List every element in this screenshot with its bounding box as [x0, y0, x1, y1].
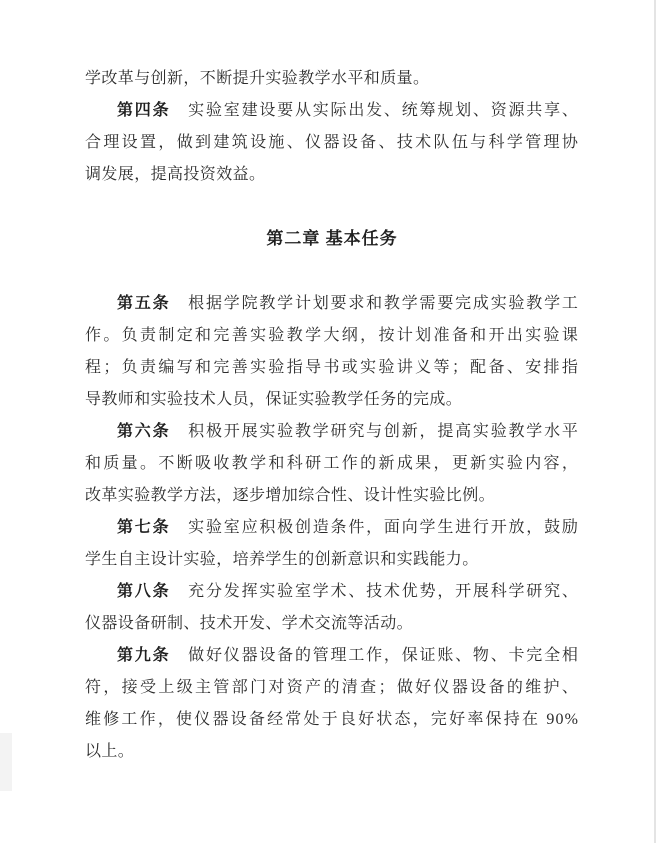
document-page: 学改革与创新，不断提升实验教学水平和质量。 第四条 实验室建设要从实际出发、统筹… — [0, 0, 659, 843]
line-text: 合理设置，做到建筑设施、仪器设备、技术队伍与科学管理协 — [85, 134, 579, 151]
scan-edge-line — [654, 0, 656, 843]
article-number: 第五条 — [117, 295, 170, 312]
text-line: 第五条 根据学院教学计划要求和教学需要完成实验教学工 — [85, 288, 579, 320]
line-text: 做好仪器设备的管理工作，保证账、物、卡完全相 — [170, 647, 579, 664]
line-text: 维修工作，使仪器设备经常处于良好状态，完好率保持在 90% — [85, 711, 579, 728]
text-line: 导教师和实验技术人员，保证实验教学任务的完成。 — [85, 384, 579, 416]
text-line: 学生自主设计实验，培养学生的创新意识和实践能力。 — [85, 544, 579, 576]
text-line: 第八条 充分发挥实验室学术、技术优势，开展科学研究、 — [85, 576, 579, 608]
text-line: 合理设置，做到建筑设施、仪器设备、技术队伍与科学管理协 — [85, 127, 579, 159]
text-line: 程；负责编写和完善实验指导书或实验讲义等；配备、安排指 — [85, 352, 579, 384]
line-text: 程；负责编写和完善实验指导书或实验讲义等；配备、安排指 — [85, 359, 579, 376]
document-text-block: 学改革与创新，不断提升实验教学水平和质量。 第四条 实验室建设要从实际出发、统筹… — [85, 0, 579, 768]
text-line: 改革实验教学方法，逐步增加综合性、设计性实验比例。 — [85, 480, 579, 512]
line-text: 根据学院教学计划要求和教学需要完成实验教学工 — [170, 295, 579, 312]
line-text: 仪器设备研制、技术开发、学术交流等活动。 — [85, 615, 413, 632]
line-text: 改革实验教学方法，逐步增加综合性、设计性实验比例。 — [85, 487, 495, 504]
line-text: 积极开展实验教学研究与创新，提高实验教学水平 — [170, 423, 579, 440]
text-line: 仪器设备研制、技术开发、学术交流等活动。 — [85, 608, 579, 640]
text-line: 第九条 做好仪器设备的管理工作，保证账、物、卡完全相 — [85, 640, 579, 672]
line-text: 和质量。不断吸收教学和科研工作的新成果，更新实验内容， — [85, 455, 579, 472]
line-text: 调发展，提高投资效益。 — [85, 166, 265, 183]
article-number: 第九条 — [117, 647, 170, 664]
article-number: 第四条 — [117, 102, 170, 119]
text-line: 作。负责制定和完善实验教学大纲，按计划准备和开出实验课 — [85, 320, 579, 352]
text-line: 第六条 积极开展实验教学研究与创新，提高实验教学水平 — [85, 416, 579, 448]
chapter-heading: 第二章 基本任务 — [85, 223, 579, 255]
scan-edge-smudge — [0, 733, 12, 791]
article-number: 第六条 — [117, 423, 170, 440]
line-text: 实验室应积极创造条件，面向学生进行开放，鼓励 — [170, 519, 579, 536]
line-text: 作。负责制定和完善实验教学大纲，按计划准备和开出实验课 — [85, 327, 579, 344]
line-text: 学生自主设计实验，培养学生的创新意识和实践能力。 — [85, 551, 479, 568]
line-text: 充分发挥实验室学术、技术优势，开展科学研究、 — [170, 583, 579, 600]
text-line: 维修工作，使仪器设备经常处于良好状态，完好率保持在 90% — [85, 704, 579, 736]
line-text: 以上。 — [85, 743, 134, 760]
line-text: 导教师和实验技术人员，保证实验教学任务的完成。 — [85, 391, 462, 408]
text-line: 和质量。不断吸收教学和科研工作的新成果，更新实验内容， — [85, 448, 579, 480]
text-line: 学改革与创新，不断提升实验教学水平和质量。 — [85, 63, 579, 95]
text-line: 第四条 实验室建设要从实际出发、统筹规划、资源共享、 — [85, 95, 579, 127]
text-line: 符，接受上级主管部门对资产的清查；做好仪器设备的维护、 — [85, 672, 579, 704]
article-number: 第七条 — [117, 519, 170, 536]
article-number: 第八条 — [117, 583, 170, 600]
line-text: 学改革与创新，不断提升实验教学水平和质量。 — [85, 70, 429, 87]
line-text: 符，接受上级主管部门对资产的清查；做好仪器设备的维护、 — [85, 679, 579, 696]
text-line: 以上。 — [85, 736, 579, 768]
text-line: 调发展，提高投资效益。 — [85, 159, 579, 191]
text-line: 第七条 实验室应积极创造条件，面向学生进行开放，鼓励 — [85, 512, 579, 544]
line-text: 实验室建设要从实际出发、统筹规划、资源共享、 — [170, 102, 579, 119]
